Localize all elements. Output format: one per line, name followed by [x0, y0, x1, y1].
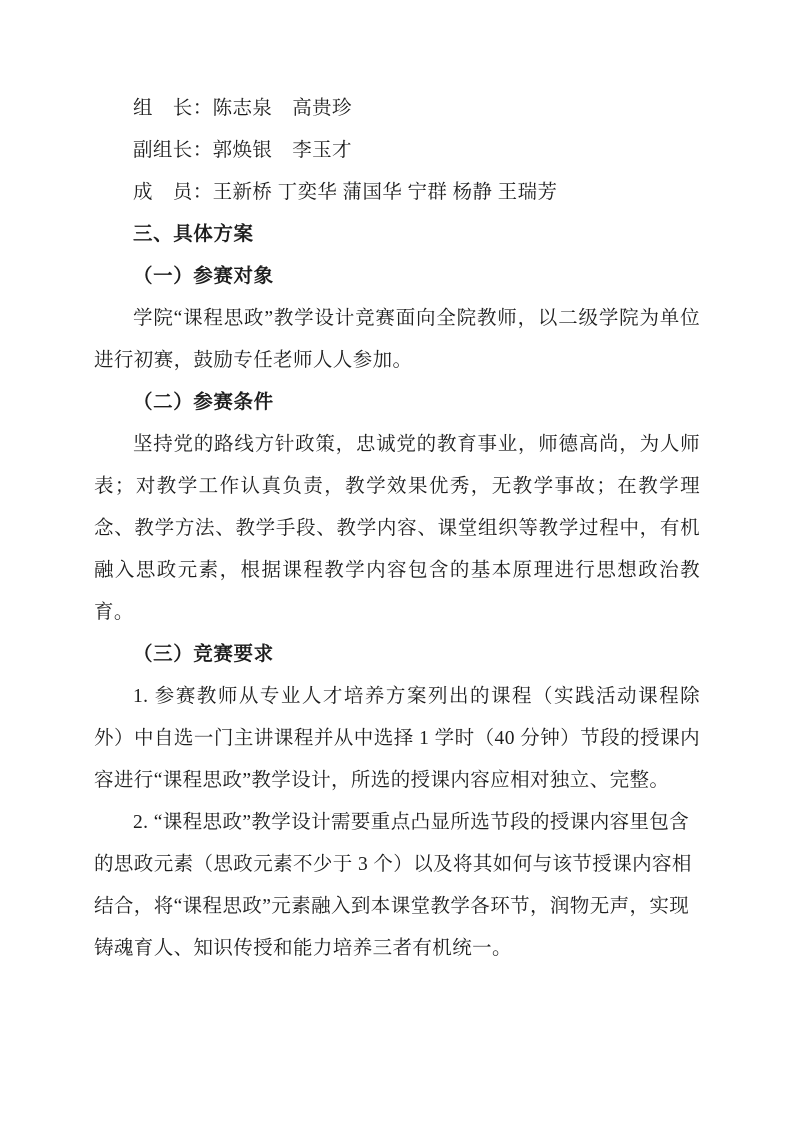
committee-row-members: 成 员：王新桥 丁奕华 蒲国华 宁群 杨静 王瑞芳 [94, 172, 700, 214]
committee-row-leader: 组 长：陈志泉 高贵珍 [94, 88, 700, 130]
document-page: 组 长：陈志泉 高贵珍 副组长：郭焕银 李玉才 成 员：王新桥 丁奕华 蒲国华 … [0, 0, 793, 1122]
paragraph-participants: 学院“课程思政”教学设计竞赛面向全院教师，以二级学院为单位进行初赛，鼓励专任老师… [94, 298, 700, 382]
heading-section-three: 三、具体方案 [94, 214, 700, 256]
paragraph-requirement-2: 2. “课程思政”教学设计需要重点凸显所选节段的授课内容里包含的思政元素（思政元… [94, 802, 700, 970]
paragraph-requirement-1: 1. 参赛教师从专业人才培养方案列出的课程（实践活动课程除外）中自选一门主讲课程… [94, 676, 700, 802]
committee-names-deputy: 郭焕银 李玉才 [213, 140, 352, 161]
heading-sub-three-requirements: （三）竞赛要求 [94, 634, 700, 676]
committee-names-members: 王新桥 丁奕华 蒲国华 宁群 杨静 王瑞芳 [213, 182, 558, 203]
heading-sub-two-conditions: （二）参赛条件 [94, 382, 700, 424]
committee-names-leader: 陈志泉 高贵珍 [213, 98, 352, 119]
committee-role-members: 成 员： [133, 182, 213, 203]
committee-role-leader: 组 长： [133, 98, 213, 119]
committee-row-deputy: 副组长：郭焕银 李玉才 [94, 130, 700, 172]
committee-role-deputy: 副组长： [133, 140, 213, 161]
paragraph-conditions: 坚持党的路线方针政策，忠诚党的教育事业，师德高尚，为人师表；对教学工作认真负责，… [94, 424, 700, 634]
heading-sub-one-participants: （一）参赛对象 [94, 256, 700, 298]
